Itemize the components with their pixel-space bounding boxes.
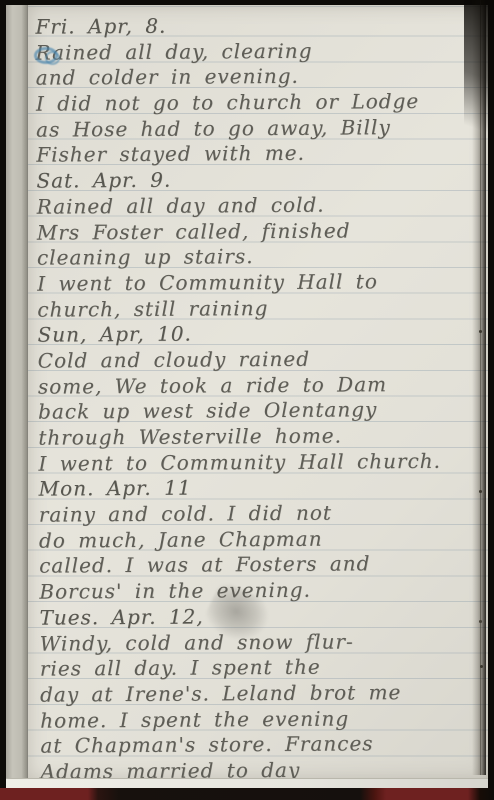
handwritten-line: at Chapman's store. Frances bbox=[40, 731, 488, 760]
handwritten-line: I went to Community Hall to bbox=[37, 268, 488, 297]
handwritten-line: I went to Community Hall church. bbox=[38, 448, 488, 477]
handwritten-line: and colder in evening. bbox=[36, 63, 488, 92]
handwritten-line: Cold and cloudy rained bbox=[38, 345, 488, 374]
handwritten-line: through Westerville home. bbox=[38, 422, 488, 451]
diary-text: Fri. Apr, 8.Rained all day, clearingand … bbox=[35, 11, 488, 780]
date-heading: Mon. Apr. 11 bbox=[39, 474, 488, 503]
diary-page: Fri. Apr, 8.Rained all day, clearingand … bbox=[28, 5, 488, 780]
handwritten-line: cleaning up stairs. bbox=[37, 243, 488, 272]
handwritten-line: ries all day. I spent the bbox=[40, 654, 488, 683]
book-edge-shadow bbox=[464, 0, 494, 170]
blue-pencil-mark bbox=[34, 47, 58, 64]
handwritten-line: Rained all day and cold. bbox=[37, 191, 488, 220]
date-heading: Sat. Apr. 9. bbox=[36, 165, 488, 194]
handwritten-line: Windy, cold and snow flur- bbox=[40, 628, 488, 657]
handwritten-line: as Hose had to go away, Billy bbox=[36, 114, 488, 143]
page-gutter-edge bbox=[6, 5, 28, 780]
handwritten-line: back up west side Olentangy bbox=[38, 397, 488, 426]
handwritten-line: church, still raining bbox=[37, 294, 488, 323]
date-heading: Sun, Apr, 10. bbox=[37, 320, 488, 349]
handwritten-line: called. I was at Fosters and bbox=[39, 551, 488, 580]
handwritten-line: some, We took a ride to Dam bbox=[38, 371, 488, 400]
cover-band bbox=[0, 788, 494, 800]
date-heading: Fri. Apr, 8. bbox=[35, 11, 488, 40]
handwritten-line: I did not go to church or Lodge bbox=[36, 88, 488, 117]
binding-stitches bbox=[479, 330, 482, 333]
diary-photo-frame: Fri. Apr, 8.Rained all day, clearingand … bbox=[0, 0, 494, 800]
handwritten-line: Adams married to day bbox=[41, 756, 488, 780]
handwritten-line: Mrs Foster called, finished bbox=[37, 217, 488, 246]
handwritten-line: day at Irene's. Leland brot me bbox=[40, 679, 488, 708]
handwritten-line: home. I spent the evening bbox=[40, 705, 488, 734]
handwritten-line: Fisher stayed with me. bbox=[36, 140, 488, 169]
handwritten-line: do much, Jane Chapman bbox=[39, 525, 488, 554]
handwritten-line: rainy and cold. I did not bbox=[39, 499, 488, 528]
handwritten-line: Rained all day, clearing bbox=[35, 37, 488, 66]
